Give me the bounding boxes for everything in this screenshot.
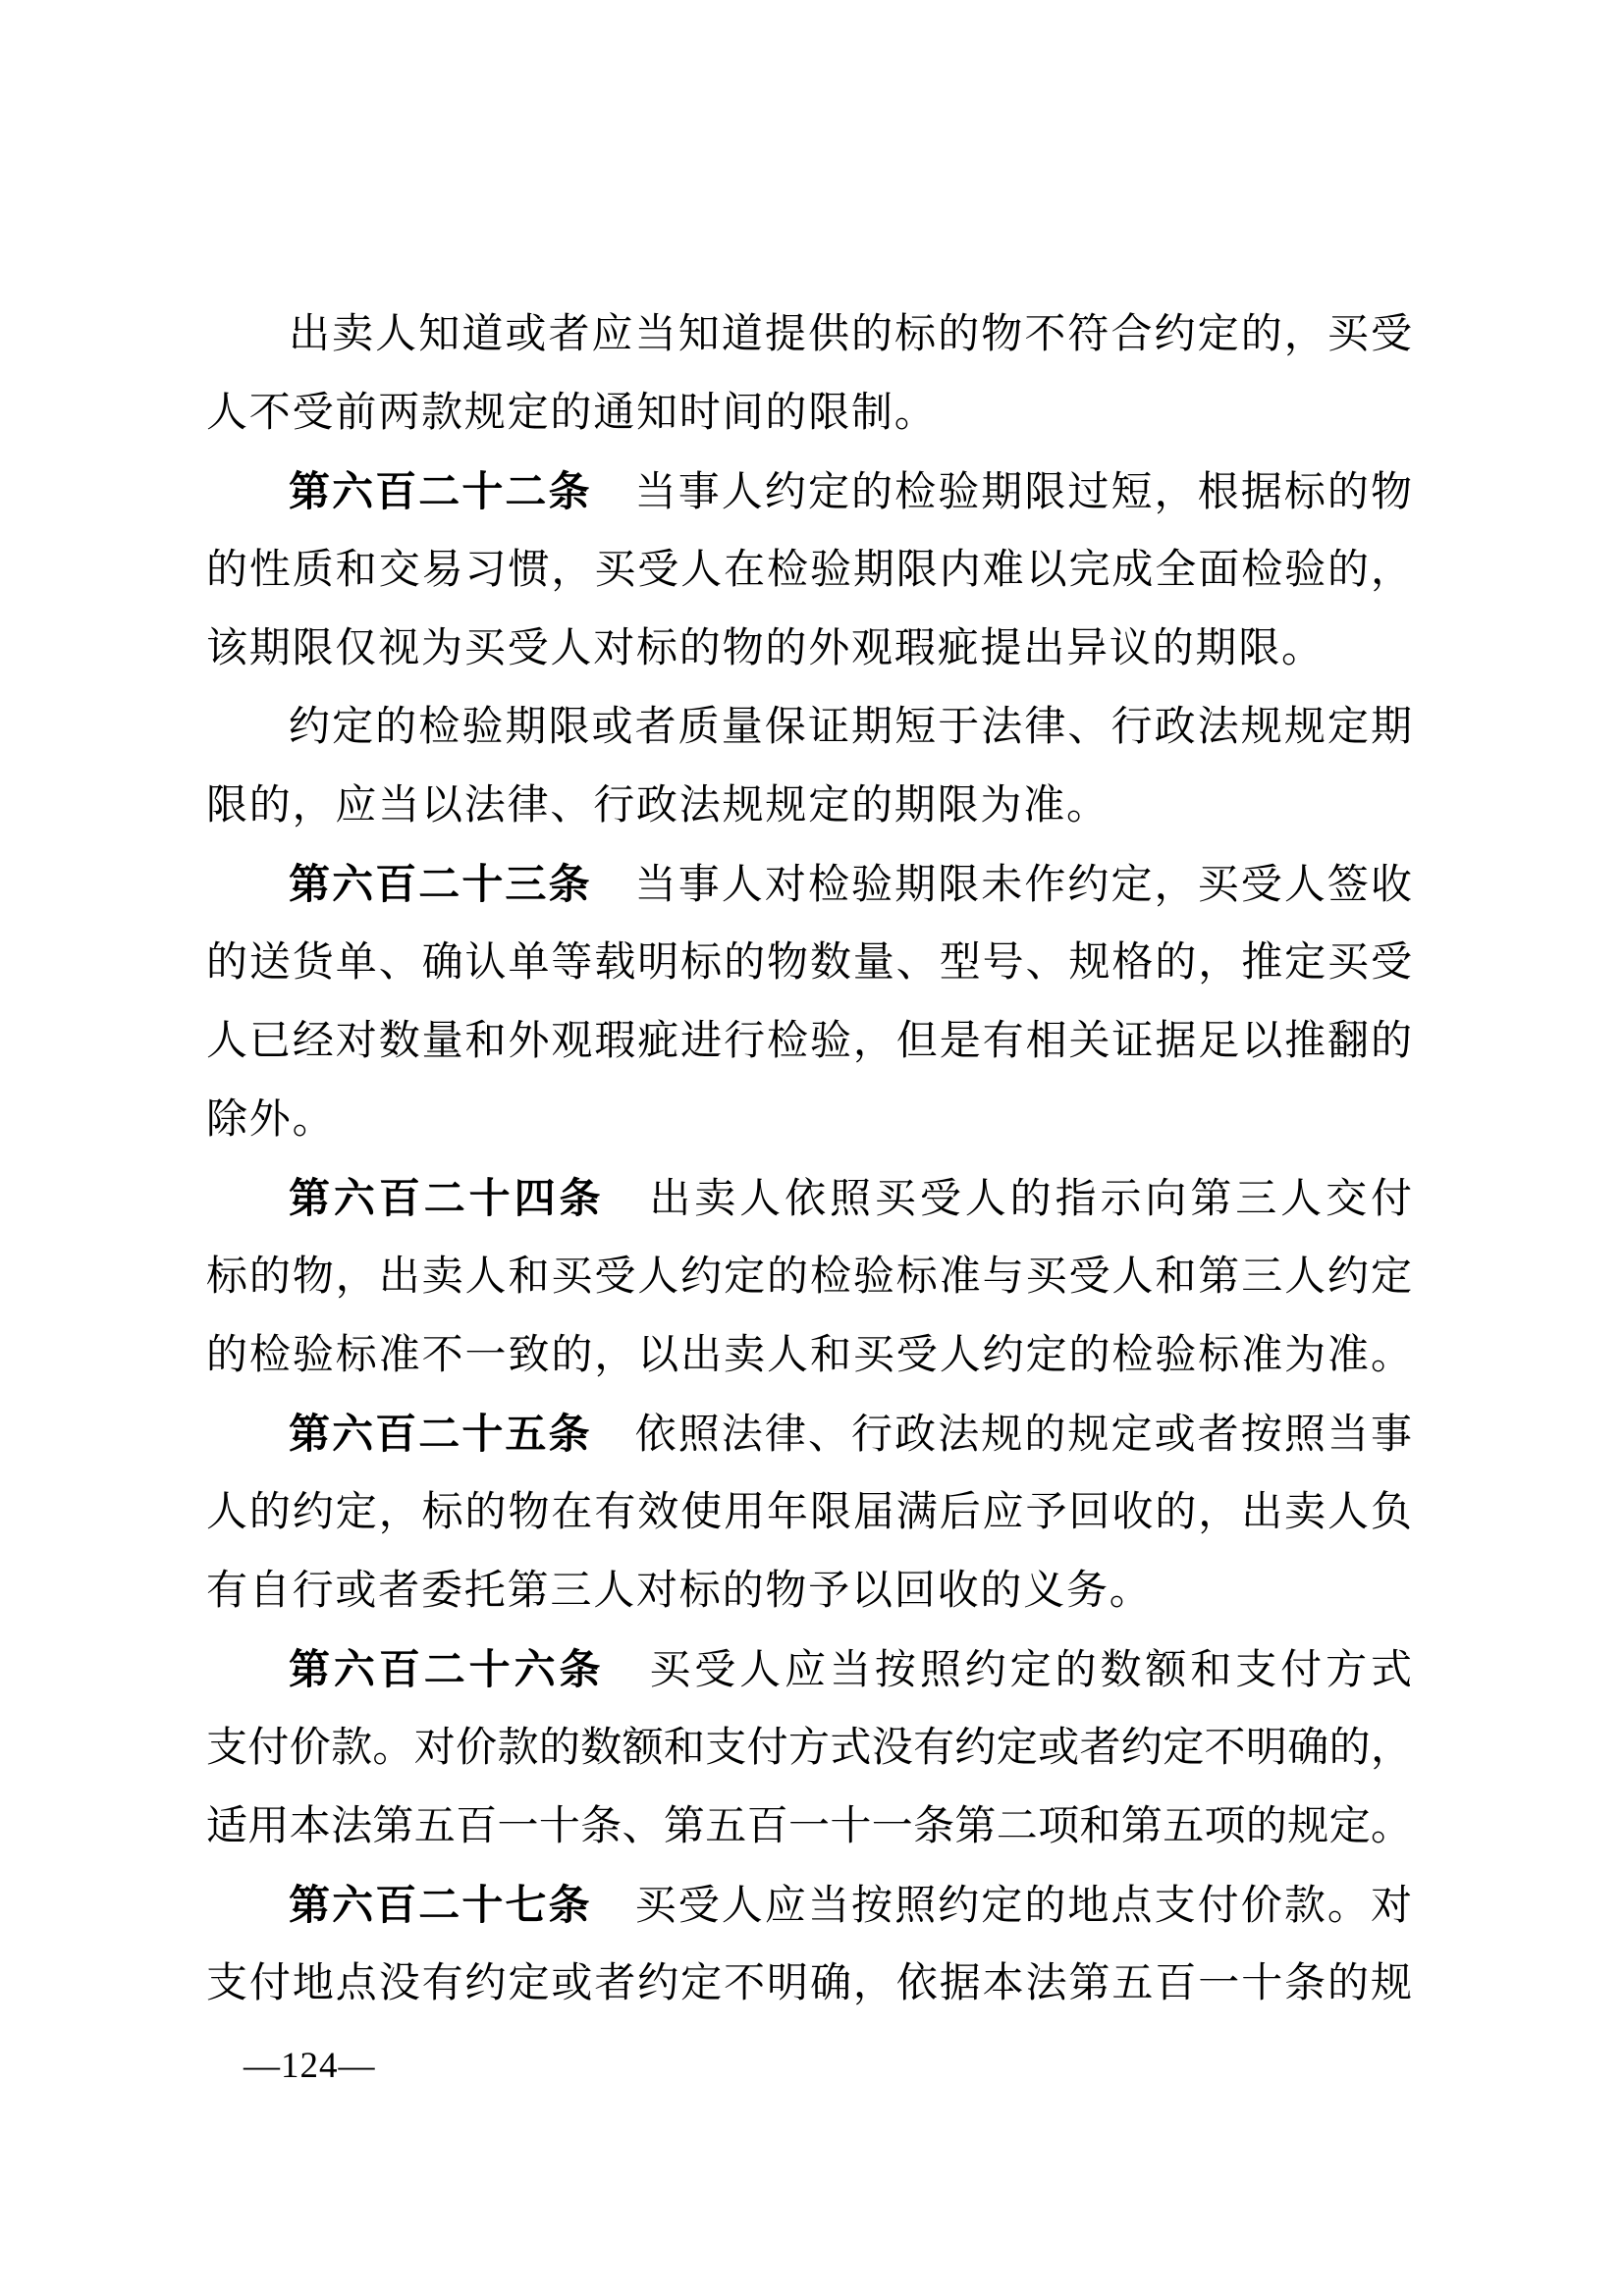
text-line: 人已经对数量和外观瑕疵进行检验，但是有相关证据足以推翻的 bbox=[206, 1002, 1412, 1081]
text-line: 第六百二十四条 出卖人依照买受人的指示向第三人交付 bbox=[206, 1159, 1412, 1238]
article-number: 第六百二十二条 bbox=[289, 468, 592, 514]
text-line: 适用本法第五百一十条、第五百一十一条第二项和第五项的规定。 bbox=[206, 1788, 1412, 1866]
text-line: 第六百二十二条 当事人约定的检验期限过短，根据标的物 bbox=[206, 453, 1412, 531]
paragraph: 第六百二十四条 出卖人依照买受人的指示向第三人交付标的物，出卖人和买受人约定的检… bbox=[206, 1159, 1412, 1395]
paragraph: 第六百二十五条 依照法律、行政法规的规定或者按照当事人的约定，标的物在有效使用年… bbox=[206, 1395, 1412, 1630]
article-number: 第六百二十七条 bbox=[289, 1882, 592, 1928]
article-number: 第六百二十四条 bbox=[289, 1175, 604, 1221]
text-line: 该期限仅视为买受人对标的物的外观瑕疵提出异议的期限。 bbox=[206, 610, 1412, 688]
article-number: 第六百二十三条 bbox=[289, 861, 592, 907]
article-number: 第六百二十六条 bbox=[289, 1646, 604, 1692]
text-line: 约定的检验期限或者质量保证期短于法律、行政法规规定期 bbox=[206, 688, 1412, 767]
paragraph: 第六百二十三条 当事人对检验期限未作约定，买受人签收的送货单、确认单等载明标的物… bbox=[206, 845, 1412, 1159]
article-number: 第六百二十五条 bbox=[289, 1411, 592, 1457]
text-line: 第六百二十三条 当事人对检验期限未作约定，买受人签收 bbox=[206, 845, 1412, 924]
paragraph: 第六百二十二条 当事人约定的检验期限过短，根据标的物的性质和交易习惯，买受人在检… bbox=[206, 453, 1412, 688]
text-line: 支付价款。对价款的数额和支付方式没有约定或者约定不明确的， bbox=[206, 1709, 1412, 1788]
page-number: —124— bbox=[244, 2045, 376, 2088]
text-line: 人的约定，标的物在有效使用年限届满后应予回收的，出卖人负 bbox=[206, 1473, 1412, 1552]
text-line: 标的物，出卖人和买受人约定的检验标准与买受人和第三人约定 bbox=[206, 1238, 1412, 1316]
paragraph: 出卖人知道或者应当知道提供的标的物不符合约定的，买受人不受前两款规定的通知时间的… bbox=[206, 295, 1412, 453]
paragraph: 第六百二十七条 买受人应当按照约定的地点支付价款。对支付地点没有约定或者约定不明… bbox=[206, 1866, 1412, 2023]
text-line: 有自行或者委托第三人对标的物予以回收的义务。 bbox=[206, 1552, 1412, 1630]
text-line: 的性质和交易习惯，买受人在检验期限内难以完成全面检验的， bbox=[206, 531, 1412, 610]
text-line: 第六百二十五条 依照法律、行政法规的规定或者按照当事 bbox=[206, 1395, 1412, 1473]
text-line: 第六百二十七条 买受人应当按照约定的地点支付价款。对 bbox=[206, 1866, 1412, 1945]
text-line: 第六百二十六条 买受人应当按照约定的数额和支付方式 bbox=[206, 1630, 1412, 1709]
text-line: 限的，应当以法律、行政法规规定的期限为准。 bbox=[206, 767, 1412, 845]
body-text: 出卖人知道或者应当知道提供的标的物不符合约定的，买受人不受前两款规定的通知时间的… bbox=[206, 295, 1412, 2023]
text-line: 出卖人知道或者应当知道提供的标的物不符合约定的，买受 bbox=[206, 295, 1412, 374]
text-line: 人不受前两款规定的通知时间的限制。 bbox=[206, 374, 1412, 453]
text-line: 除外。 bbox=[206, 1081, 1412, 1159]
paragraph: 第六百二十六条 买受人应当按照约定的数额和支付方式支付价款。对价款的数额和支付方… bbox=[206, 1630, 1412, 1866]
text-line: 的送货单、确认单等载明标的物数量、型号、规格的，推定买受 bbox=[206, 924, 1412, 1002]
paragraph: 约定的检验期限或者质量保证期短于法律、行政法规规定期限的，应当以法律、行政法规规… bbox=[206, 688, 1412, 845]
text-line: 支付地点没有约定或者约定不明确，依据本法第五百一十条的规 bbox=[206, 1945, 1412, 2023]
document-page: 出卖人知道或者应当知道提供的标的物不符合约定的，买受人不受前两款规定的通知时间的… bbox=[0, 0, 1624, 2296]
text-line: 的检验标准不一致的，以出卖人和买受人约定的检验标准为准。 bbox=[206, 1316, 1412, 1395]
